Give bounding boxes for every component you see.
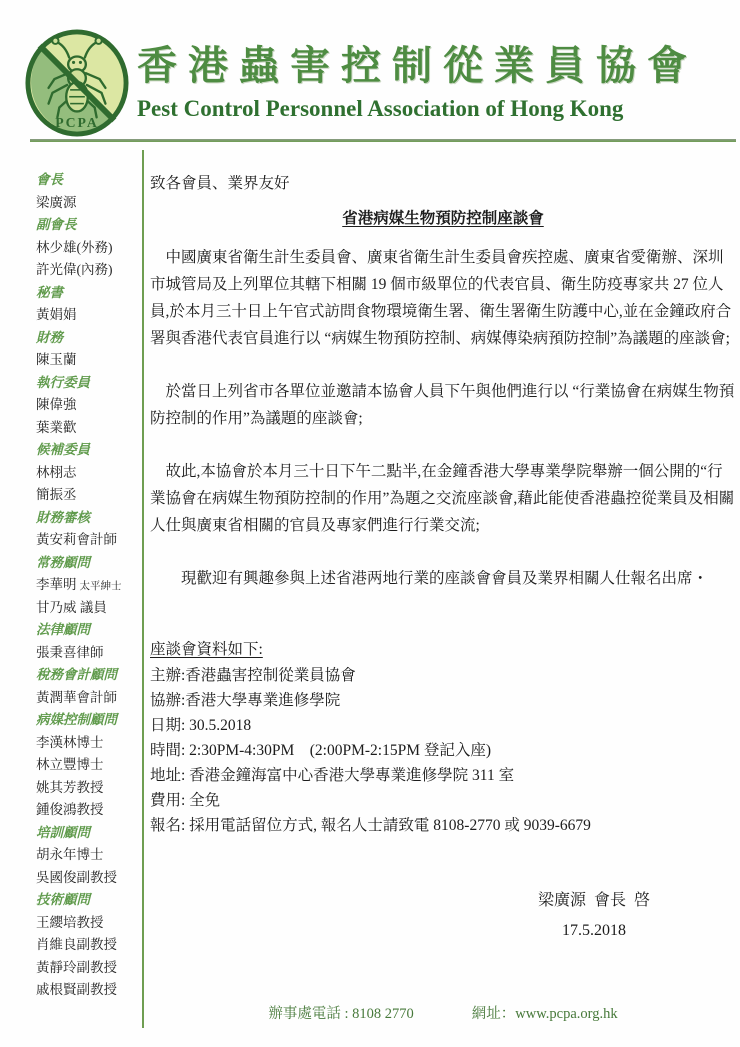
association-title-zh: 香港蟲害控制從業員協會 [137,34,737,91]
logo-acronym: PCPA [55,115,98,130]
roster-entry-text: 法律顧問 [36,622,90,637]
roster-entry-text: 副會長 [36,217,77,232]
roster-entry-text: 姚其芳教授 [36,780,104,795]
roster-entry: 王纓培教授 [36,912,140,935]
header-divider [30,139,736,142]
roster-entry-text: 胡永年博士 [36,847,104,862]
seminar-detail-line: 日期: 30.5.2018 [150,713,736,738]
roster-entry-text: 培訓顧問 [36,825,90,840]
committee-roster: 會長 梁廣源 副會長 林少雄(外務) 許光偉(內務) 秘書 黃娟娟 [36,169,140,1002]
roster-entry-text: 執行委員 [36,375,90,390]
seminar-detail-line: 時間: 2:30PM-4:30PM (2:00PM-2:15PM 登記入座) [150,738,736,763]
letter-paragraph: 於當日上列省市各單位並邀請本協會人員下午與他們進行以 “行業協會在病媒生物預防控… [150,378,736,432]
roster-entry: 黃靜玲副教授 [36,957,140,980]
roster-entry-text: 甘乃威 議員 [36,600,107,615]
roster-entry-text: 陳偉強 [36,397,77,412]
roster-entry-text: 會長 [36,172,63,187]
roster-entry: 陳偉強 [36,394,140,417]
roster-entry-text: 黃靜玲副教授 [36,960,117,975]
roster-entry: 秘書 [36,282,140,305]
roster-entry: 林少雄(外務) [36,237,140,260]
roster-entry: 黃安莉會計師 [36,529,140,552]
roster-entry: 會長 [36,169,140,192]
roster-entry-text: 黃潤華會計師 [36,690,117,705]
roster-entry: 肖維良副教授 [36,934,140,957]
roster-entry: 姚其芳教授 [36,777,140,800]
no-pest-icon: PCPA [24,27,130,139]
page-footer: 辦事處電話 : 8108 2770 網址：www.pcpa.org.hk [150,1002,736,1023]
roster-entry-text: 戚根賢副教授 [36,982,117,997]
roster-entry-text: 稅務會計顧問 [36,667,117,682]
seminar-detail-line: 報名: 採用電話留位方式, 報名人士請致電 8108-2770 或 9039-6… [150,813,736,838]
roster-entry-text: 簡振丞 [36,487,77,502]
roster-entry: 鍾俊鴻教授 [36,799,140,822]
roster-entry: 法律顧問 [36,619,140,642]
roster-entry-text: 秘書 [36,285,63,300]
roster-entry: 病媒控制顧問 [36,709,140,732]
letter-paragraph: 現歡迎有興趣參與上述省港两地行業的座談會會員及業界相關人仕報名出席・ [150,565,736,592]
roster-entry-text: 林立豐博士 [36,757,104,772]
roster-entry-text: 財務審核 [36,510,90,525]
roster-entry: 張秉喜律師 [36,642,140,665]
roster-entry: 林栩志 [36,462,140,485]
sidebar-divider [142,150,144,1028]
letter-body: 致各會員、業界友好 省港病媒生物預防控制座談會 中國廣東省衛生計生委員會、廣東省… [150,170,736,838]
roster-entry-honorific: 太平紳士 [80,581,122,592]
roster-entry-text: 鍾俊鴻教授 [36,802,104,817]
roster-entry: 胡永年博士 [36,844,140,867]
roster-entry-text: 候補委員 [36,442,90,457]
roster-entry: 財務審核 [36,507,140,530]
roster-entry-text: 黃娟娟 [36,307,77,322]
roster-entry: 培訓顧問 [36,822,140,845]
seminar-detail-line: 主辦:香港蟲害控制從業員協會 [150,663,736,688]
roster-entry-text: 許光偉(內務) [36,262,113,277]
roster-entry-text: 林栩志 [36,465,77,480]
roster-entry: 技術顧問 [36,889,140,912]
office-phone: 辦事處電話 : 8108 2770 [268,1002,413,1023]
letter-paragraph: 故此,本協會於本月三十日下午二點半,在金鐘香港大學專業學院舉辦一個公開的“行業協… [150,458,736,539]
letter-page: PCPA 香港蟲害控制從業員協會 Pest Control Personnel … [0,0,740,1047]
roster-entry-text: 張秉喜律師 [36,645,104,660]
roster-entry: 簡振丞 [36,484,140,507]
roster-entry: 林立豐博士 [36,754,140,777]
roster-entry: 梁廣源 [36,192,140,215]
roster-entry: 副會長 [36,214,140,237]
roster-entry: 李漢林博士 [36,732,140,755]
letter-paragraph: 中國廣東省衛生計生委員會、廣東省衛生計生委員會疾控處、廣東省愛衛辦、深圳市城管局… [150,244,736,352]
roster-entry-text: 李漢林博士 [36,735,104,750]
roster-entry: 財務 [36,327,140,350]
roster-entry-text: 財務 [36,330,63,345]
roster-entry: 執行委員 [36,372,140,395]
roster-entry-text: 葉業歡 [36,420,77,435]
roster-entry-text: 梁廣源 [36,195,77,210]
roster-entry: 黃娟娟 [36,304,140,327]
letter-paragraphs: 中國廣東省衛生計生委員會、廣東省衛生計生委員會疾控處、廣東省愛衛辦、深圳市城管局… [150,244,736,592]
roster-entry-text: 黃安莉會計師 [36,532,117,547]
roster-entry: 陳玉蘭 [36,349,140,372]
seminar-details: 主辦:香港蟲害控制從業員協會 協辦:香港大學專業進修學院 日期: 30.5.20… [150,663,736,838]
roster-entry-text: 李華明 [36,577,77,592]
roster-entry-text: 肖維良副教授 [36,937,117,952]
association-logo: PCPA [24,27,130,139]
roster-entry: 常務顧問 [36,552,140,575]
association-title-en: Pest Control Personnel Association of Ho… [137,96,737,122]
roster-entry: 許光偉(內務) [36,259,140,282]
roster-entry: 李華明太平紳士 [36,574,140,597]
roster-entry: 稅務會計顧問 [36,664,140,687]
roster-entry-text: 王纓培教授 [36,915,104,930]
seminar-detail-line: 協辦:香港大學專業進修學院 [150,688,736,713]
roster-entry-text: 技術顧問 [36,892,90,907]
seminar-details-heading: 座談會資料如下: [150,636,736,663]
roster-entry: 戚根賢副教授 [36,979,140,1002]
roster-entry-text: 常務顧問 [36,555,90,570]
seminar-detail-line: 地址: 香港金鐘海富中心香港大學專業進修學院 311 室 [150,763,736,788]
roster-entry-text: 病媒控制顧問 [36,712,117,727]
salutation: 致各會員、業界友好 [150,170,736,197]
roster-entry-text: 陳玉蘭 [36,352,77,367]
website-url: 網址：www.pcpa.org.hk [472,1002,618,1023]
roster-entry-text: 吳國俊副教授 [36,870,117,885]
roster-entry-text: 林少雄(外務) [36,240,113,255]
roster-entry: 候補委員 [36,439,140,462]
roster-entry: 葉業歡 [36,417,140,440]
roster-entry: 吳國俊副教授 [36,867,140,890]
signature-block: 梁廣源 會長 啓 17.5.2018 [478,886,710,946]
roster-entry: 黃潤華會計師 [36,687,140,710]
letter-subject: 省港病媒生物預防控制座談會 [150,205,736,232]
signature-date: 17.5.2018 [478,916,710,946]
roster-entry: 甘乃威 議員 [36,597,140,620]
seminar-detail-line: 費用: 全免 [150,788,736,813]
signature-name: 梁廣源 會長 啓 [478,886,710,916]
